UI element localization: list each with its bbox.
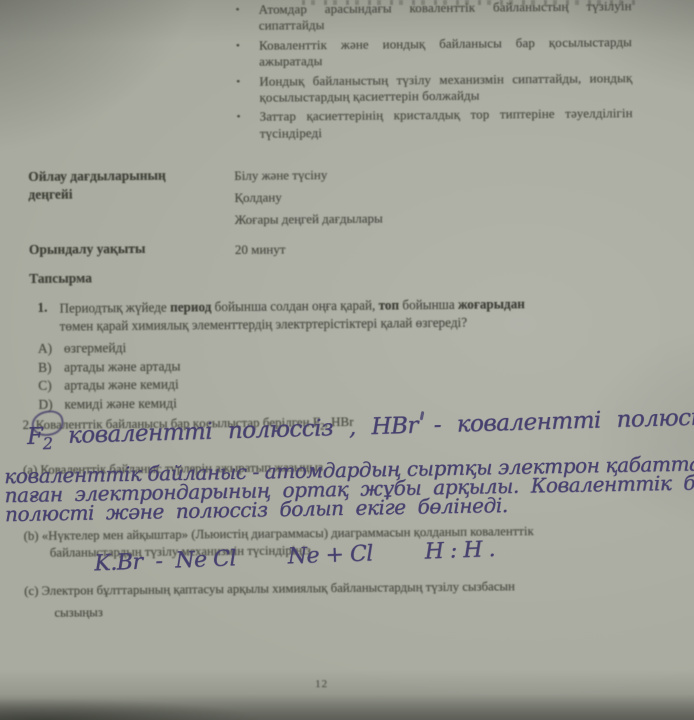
pen-circle-mark [30,409,65,438]
photographed-worksheet: Атомдар арасындағы коваленттік байланыст… [0,0,694,720]
pen-annotation-layer [0,0,694,720]
pen-annotation-anchor [38,338,239,420]
paper-edge-shadow [0,694,694,720]
